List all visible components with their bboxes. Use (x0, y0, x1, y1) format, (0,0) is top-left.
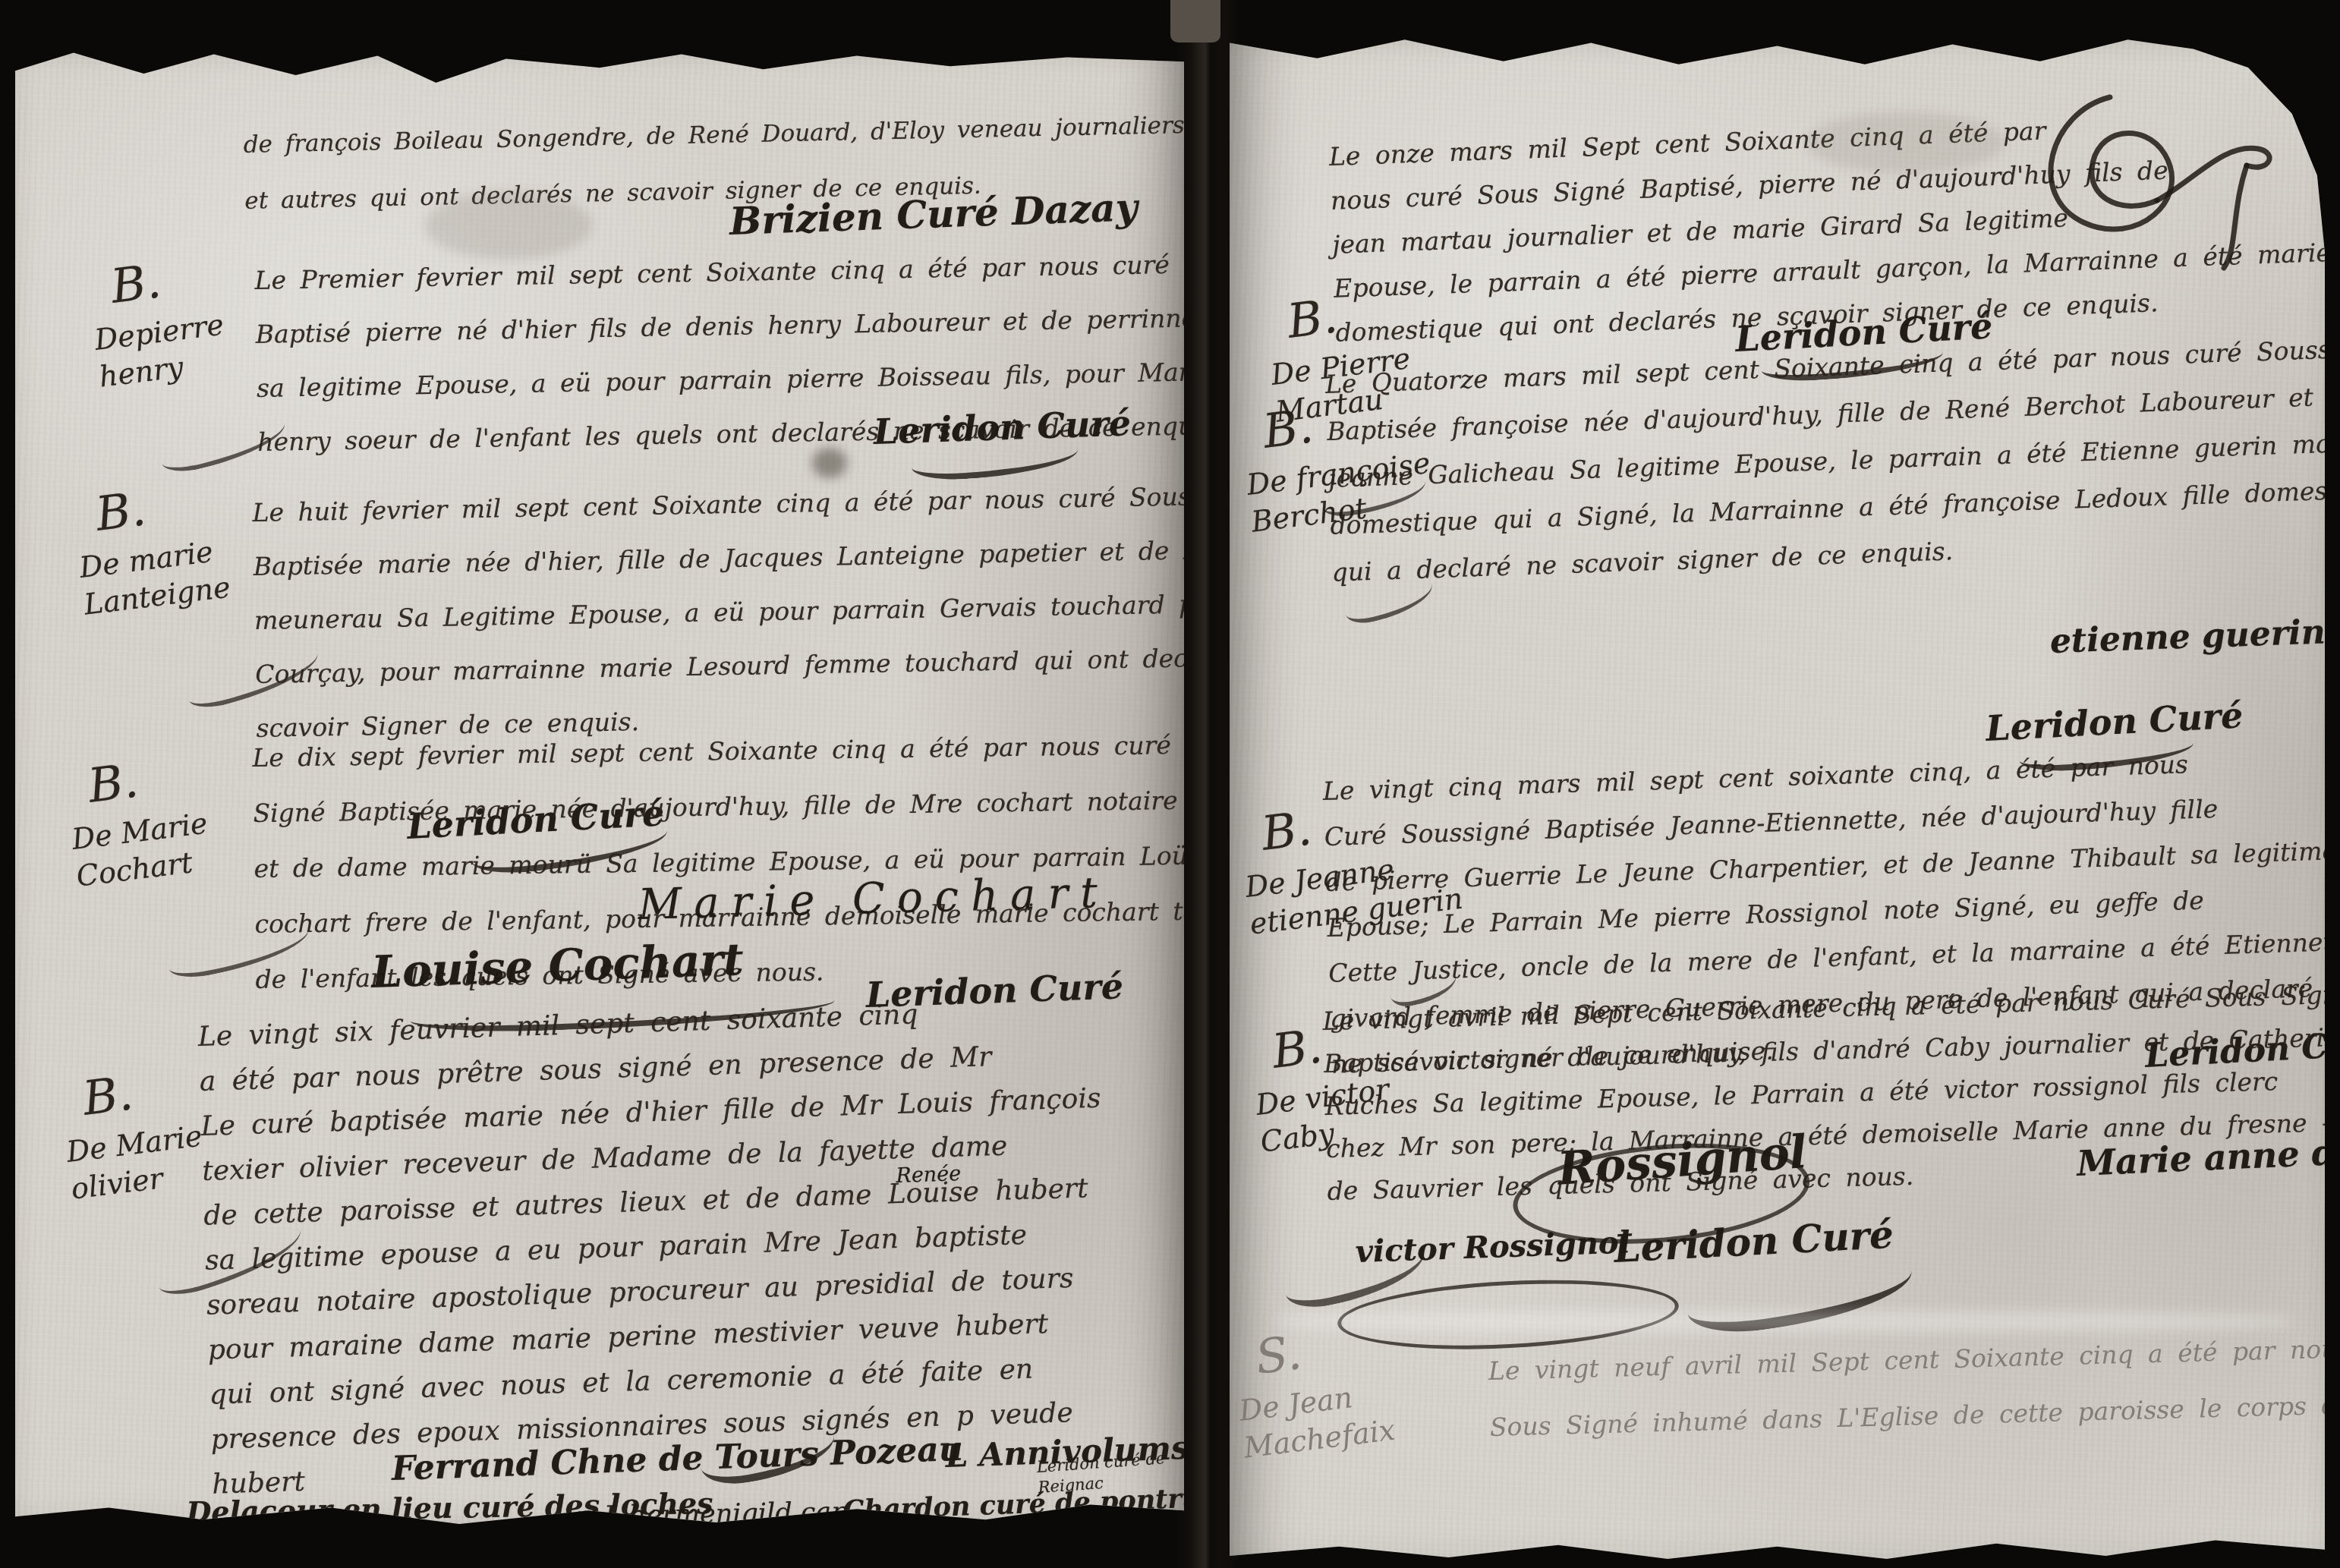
paper-stain (425, 191, 592, 260)
margin-annotation: S.De JeanMachefaix (1230, 1312, 1397, 1467)
godfather-signature: victor Rossignol (1355, 1224, 1630, 1270)
fold-crease (1275, 1311, 2292, 1331)
right-page: B.De PierreMartau Le onze mars mil Sept … (1230, 21, 2325, 1562)
spine-tab (1170, 0, 1220, 43)
godfather-signature: etienne guerin (2049, 612, 2326, 661)
baptism-entry: Le Quatorze mars mil sept cent Soixante … (1324, 324, 2340, 597)
manuscript-line: B. (108, 244, 222, 317)
margin-annotation: B.Depierrehenry (85, 244, 231, 396)
interline-note: Renée (896, 1162, 962, 1188)
baptism-entry: Le vingt six feuvrier mil sept cent soix… (197, 987, 1113, 1507)
left-page: de françois Boileau Songendre, de René D… (15, 32, 1184, 1525)
manuscript-line: B. (80, 1055, 200, 1129)
manuscript-line: B. (85, 742, 205, 817)
witness-signature: J. hermenigild cap. (603, 1497, 857, 1532)
register-scan-photo: de françois Boileau Songendre, de René D… (0, 0, 2340, 1568)
baptism-entry: Le huit fevrier mil sept cent Soixante c… (252, 467, 1333, 755)
ink-blot (812, 448, 847, 478)
margin-annotation: B.De MarieCochart (62, 742, 214, 896)
paper-stain (1806, 112, 2004, 173)
margin-annotation: B.De marieLanteigne (70, 469, 232, 624)
margin-annotation: B.De Marieolivier (57, 1055, 209, 1208)
